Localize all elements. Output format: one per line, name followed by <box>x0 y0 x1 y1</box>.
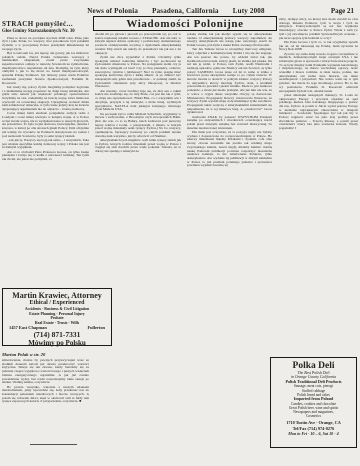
column-3: polską ziemię tak jak kiedyś sypała się … <box>187 33 272 462</box>
body-paragraph: chodzi mi po głowie i plecach po przeczy… <box>95 33 181 55</box>
section-title: Wiadomości Polonijne <box>126 18 243 30</box>
body-paragraph: Żydzi nie chcą wyjeżdżać z Polski. Chcie… <box>95 56 181 89</box>
column-2: chodzi mi po głowie i plecach po przeczy… <box>95 33 181 462</box>
column-1-continued: Marian Polak w str. 20 zmierzwienia, moż… <box>2 352 89 434</box>
article-end-rule <box>30 444 77 445</box>
paper-issue: Luty 2008 <box>233 7 265 15</box>
column-4: ulicy, dodając ulicy, na której lesz moż… <box>279 18 358 357</box>
newspaper-page: News of Polonia Pasadena, California Lut… <box>0 0 360 466</box>
article-headline: STRACH pomyśleć... <box>2 20 89 28</box>
page-header: News of Polonia Pasadena, California Lut… <box>0 7 352 15</box>
paper-city: Pasadena, California <box>152 7 219 15</box>
paper-name: News of Polonia <box>87 7 138 15</box>
deli-ad: Polka Deli The Best Polish Deli in Orang… <box>270 357 357 448</box>
attorney-phone: (714) 871-7331 <box>6 331 108 340</box>
body-paragraph: ulicy, dodając ulicy, na której lesz moż… <box>279 18 358 40</box>
body-paragraph: zmierzwienia, można by pewnych przyzwycz… <box>2 359 89 385</box>
body-paragraph: amerykańskich tych magików czyli kilku t… <box>95 139 181 154</box>
body-paragraph: przez dziesiątki następnych miesięcy. St… <box>279 94 358 131</box>
deli-name: Polka Deli <box>273 361 354 371</box>
article-subheadline: Głos Gminy Starozakonnych Nr. 30 <box>2 29 89 34</box>
deli-hours: Mon to Fri - 10 – 6, Sat 10 - 4 <box>273 431 354 436</box>
body-paragraph: Już wtedy my, polscy Żydzi, mogliśmy pom… <box>2 86 89 112</box>
body-paragraph: Był to taki sam los, ani lepszy, ani gor… <box>2 52 89 85</box>
deli-address: 1710 Tustin Ave - Orange, CA <box>273 420 354 425</box>
body-paragraph: Ale co to obchodzi Pana Profesora Grossa… <box>2 151 89 162</box>
body-paragraph: Dla mnie jest oczywiste, że ta pozycja n… <box>187 131 272 168</box>
attorney-tagline: Ethical / Experienced <box>6 300 108 307</box>
column-1: STRACH pomyśleć... Głos Gminy Starozakon… <box>2 20 89 287</box>
body-paragraph: Piszę te słowa na początku stycznia 2008… <box>2 37 89 52</box>
body-paragraph: Dla Pana Grossa i tych co, w tak orygina… <box>279 41 358 52</box>
deli-item: Cosmetics <box>273 414 354 418</box>
section-title-box: Wiadomości Polonijne <box>93 16 277 31</box>
body-paragraph: Ale niestety, coraz bardziej boję się, ż… <box>95 90 181 112</box>
body-paragraph: ...tak jak ty. Wszyscy się boją tak samo… <box>2 139 89 150</box>
attorney-name: Martin Krawiec, Attorney <box>6 291 108 300</box>
body-paragraph: Ten Jan Tomasz Gross to szczęśliwy marco… <box>187 48 272 115</box>
body-paragraph: polską ziemię tak jak kiedyś sypała się … <box>187 33 272 48</box>
body-paragraph: Na początek był to rabbi Michael Schudri… <box>95 113 181 139</box>
continuation-byline: Marian Polak w str. 20 <box>2 352 89 357</box>
body-paragraph: Coraz mniej ludzi słuchało potajemnie au… <box>2 112 89 138</box>
body-paragraph: Bo prawie wszystko, włącznie z naszym re… <box>2 386 89 405</box>
body-paragraph: Życzcie wy sobie dalej wesoło, bogato i … <box>279 53 358 94</box>
attorney-polish: Mówimy po Polsku <box>6 339 108 347</box>
page-number: Page 21 <box>331 7 354 15</box>
body-paragraph: trudowski ZNAK by pokazać WSZYSTKIM Pola… <box>187 116 272 131</box>
